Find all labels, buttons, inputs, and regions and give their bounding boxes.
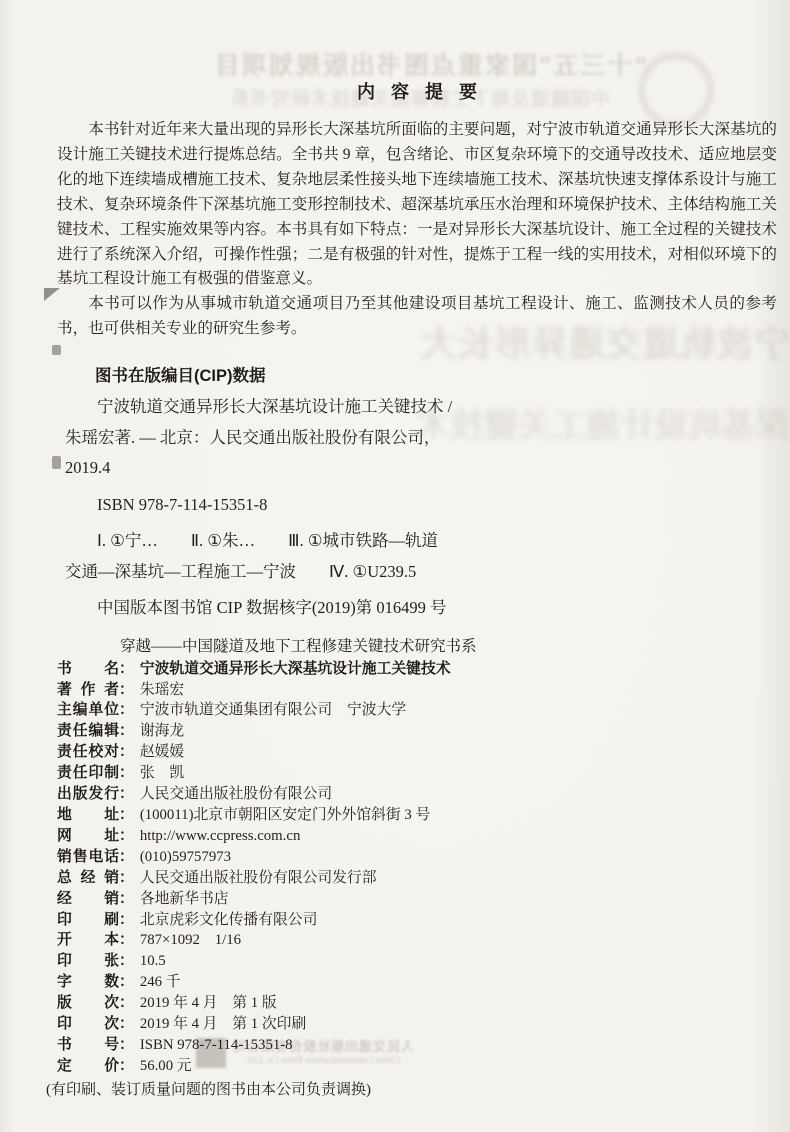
colophon-row-value: (010)59757973 xyxy=(140,847,231,868)
summary-paragraph-2: 本书可以作为从事城市轨道交通项目乃至其他建设项目基坑工程设计、施工、监测技术人员… xyxy=(57,292,777,342)
colophon-row-value: 246 千 xyxy=(140,972,181,993)
colophon-row-value: 人民交通出版社股份有限公司 xyxy=(140,784,332,805)
colophon-row-colon: ： xyxy=(119,993,134,1014)
colophon-row-label: 开本 xyxy=(57,930,119,951)
colophon-row-value: 各地新华书店 xyxy=(140,889,229,910)
cip-isbn-line: ISBN 978-7-114-15351-8 xyxy=(97,490,777,521)
colophon-row-value: 787×1092 1/16 xyxy=(140,930,241,951)
colophon-row-colon: ： xyxy=(119,826,134,847)
colophon-row-label: 出版发行 xyxy=(57,784,119,805)
series-title: 穿越——中国隧道及地下工程修建关键技术研究书系 xyxy=(120,634,777,656)
cip-registry-line: 中国版本图书馆 CIP 数据核字(2019)第 016499 号 xyxy=(97,593,777,624)
colophon-row-label: 责任编辑 xyxy=(57,721,119,742)
colophon-row: 出版发行：人民交通出版社股份有限公司 xyxy=(57,784,777,805)
colophon-row-label: 定价 xyxy=(57,1056,119,1077)
colophon-row-value: 张 凯 xyxy=(140,763,184,784)
colophon-row-value: 宁波轨道交通异形长大深基坑设计施工关键技术 xyxy=(140,659,451,680)
colophon-row: 书号：ISBN 978-7-114-15351-8 xyxy=(57,1035,777,1056)
colophon-row-colon: ： xyxy=(119,847,134,868)
colophon-row: 地址：(100011)北京市朝阳区安定门外外馆斜街 3 号 xyxy=(57,805,777,826)
summary-paragraph-1: 本书针对近年来大量出现的异形长大深基坑所面临的主要问题，对宁波市轨道交通异形长大… xyxy=(57,118,777,292)
colophon-row-label: 责任校对 xyxy=(57,742,119,763)
colophon-row: 总经销：人民交通出版社股份有限公司发行部 xyxy=(57,868,777,889)
colophon-row: 印次：2019 年 4 月 第 1 次印刷 xyxy=(57,1014,777,1035)
colophon-row-value: 朱瑶宏 xyxy=(140,680,184,701)
colophon-row-label: 著作者 xyxy=(57,680,119,701)
colophon-row-label: 总经销 xyxy=(57,868,119,889)
colophon-row-value: 北京虎彩文化传播有限公司 xyxy=(140,910,318,931)
colophon-row-label: 地址 xyxy=(57,805,119,826)
colophon-row-value: ISBN 978-7-114-15351-8 xyxy=(140,1035,293,1056)
colophon-row: 经销：各地新华书店 xyxy=(57,889,777,910)
colophon-row-label: 字数 xyxy=(57,972,119,993)
colophon-row: 印张：10.5 xyxy=(57,951,777,972)
colophon-row-colon: ： xyxy=(119,805,134,826)
colophon-row-colon: ： xyxy=(119,700,134,721)
colophon-row-label: 主编单位 xyxy=(57,700,119,721)
colophon-row-label: 网址 xyxy=(57,826,119,847)
colophon-row: 定价：56.00 元 xyxy=(57,1056,777,1077)
colophon-row-colon: ： xyxy=(119,659,134,680)
colophon-row: 责任校对：赵媛媛 xyxy=(57,742,777,763)
colophon-row-label: 经销 xyxy=(57,889,119,910)
colophon-row: 版次：2019 年 4 月 第 1 版 xyxy=(57,993,777,1014)
colophon-row-value: (100011)北京市朝阳区安定门外外馆斜街 3 号 xyxy=(140,805,430,826)
colophon-row-label: 书名 xyxy=(57,659,119,680)
content-summary-title: 内容提要 xyxy=(57,78,777,104)
quality-note: (有印刷、装订质量问题的图书由本公司负责调换) xyxy=(46,1078,777,1099)
colophon-row: 责任编辑：谢海龙 xyxy=(57,721,777,742)
colophon-row-value: 宁波市轨道交通集团有限公司 宁波大学 xyxy=(140,700,406,721)
colophon-row-colon: ： xyxy=(119,742,134,763)
colophon-row-value: 人民交通出版社股份有限公司发行部 xyxy=(140,868,377,889)
colophon-row: 印刷：北京虎彩文化传播有限公司 xyxy=(57,910,777,931)
colophon-row-colon: ： xyxy=(119,680,134,701)
colophon-row-colon: ： xyxy=(119,930,134,951)
colophon-row-value: 56.00 元 xyxy=(140,1056,192,1077)
colophon-rows: 书名：宁波轨道交通异形长大深基坑设计施工关键技术著作者：朱瑶宏主编单位：宁波市轨… xyxy=(57,659,777,1077)
cip-class-line1: Ⅰ. ①宁… Ⅱ. ①朱… Ⅲ. ①城市铁路—轨道 xyxy=(97,526,777,557)
colophon-row: 开本：787×1092 1/16 xyxy=(57,930,777,951)
colophon-row-label: 印次 xyxy=(57,1014,119,1035)
cip-title-line: 宁波轨道交通异形长大深基坑设计施工关键技术 / xyxy=(97,392,777,423)
colophon-row-value: http://www.ccpress.com.cn xyxy=(140,826,301,847)
cip-block: 宁波轨道交通异形长大深基坑设计施工关键技术 / 朱瑶宏著. — 北京：人民交通出… xyxy=(57,392,777,624)
colophon-row-colon: ： xyxy=(119,1056,134,1077)
cip-heading: 图书在版编目(CIP)数据 xyxy=(95,362,777,386)
page-content: 内容提要 本书针对近年来大量出现的异形长大深基坑所面临的主要问题，对宁波市轨道交… xyxy=(57,0,777,1099)
colophon-row-value: 2019 年 4 月 第 1 次印刷 xyxy=(140,1014,306,1035)
colophon-row-label: 印张 xyxy=(57,951,119,972)
colophon-row-colon: ： xyxy=(119,951,134,972)
colophon-row-value: 10.5 xyxy=(140,951,166,972)
cip-author-line: 朱瑶宏著. — 北京：人民交通出版社股份有限公司， xyxy=(65,423,777,454)
colophon-row-label: 印刷 xyxy=(57,910,119,931)
colophon-row-value: 赵媛媛 xyxy=(140,742,184,763)
cip-class-line2: 交通—深基坑—工程施工—宁波 Ⅳ. ①U239.5 xyxy=(65,557,777,588)
colophon-row-colon: ： xyxy=(119,784,134,805)
colophon-row-value: 2019 年 4 月 第 1 版 xyxy=(140,993,277,1014)
book-copyright-page: “十三五”国家重点图书出版规划项目 中国隧道及地下工程修建关键技术研究书系 宁波… xyxy=(0,0,790,1132)
cip-year-line: 2019.4 xyxy=(65,453,777,484)
colophon-row-colon: ： xyxy=(119,910,134,931)
colophon-row: 著作者：朱瑶宏 xyxy=(57,680,777,701)
colophon-row-colon: ： xyxy=(119,972,134,993)
colophon-row-label: 销售电话 xyxy=(57,847,119,868)
colophon-row-label: 责任印制 xyxy=(57,763,119,784)
colophon-row: 书名：宁波轨道交通异形长大深基坑设计施工关键技术 xyxy=(57,659,777,680)
colophon-row-colon: ： xyxy=(119,721,134,742)
colophon-row-value: 谢海龙 xyxy=(140,721,184,742)
colophon-row-label: 版次 xyxy=(57,993,119,1014)
colophon-row-colon: ： xyxy=(119,763,134,784)
colophon-row: 字数：246 千 xyxy=(57,972,777,993)
colophon-row: 责任印制：张 凯 xyxy=(57,763,777,784)
colophon-row-colon: ： xyxy=(119,1014,134,1035)
colophon-row: 销售电话：(010)59757973 xyxy=(57,847,777,868)
colophon-row-colon: ： xyxy=(119,868,134,889)
colophon-row-colon: ： xyxy=(119,1035,134,1056)
colophon-row: 主编单位：宁波市轨道交通集团有限公司 宁波大学 xyxy=(57,700,777,721)
colophon-row: 网址：http://www.ccpress.com.cn xyxy=(57,826,777,847)
colophon-row-label: 书号 xyxy=(57,1035,119,1056)
colophon-row-colon: ： xyxy=(119,889,134,910)
